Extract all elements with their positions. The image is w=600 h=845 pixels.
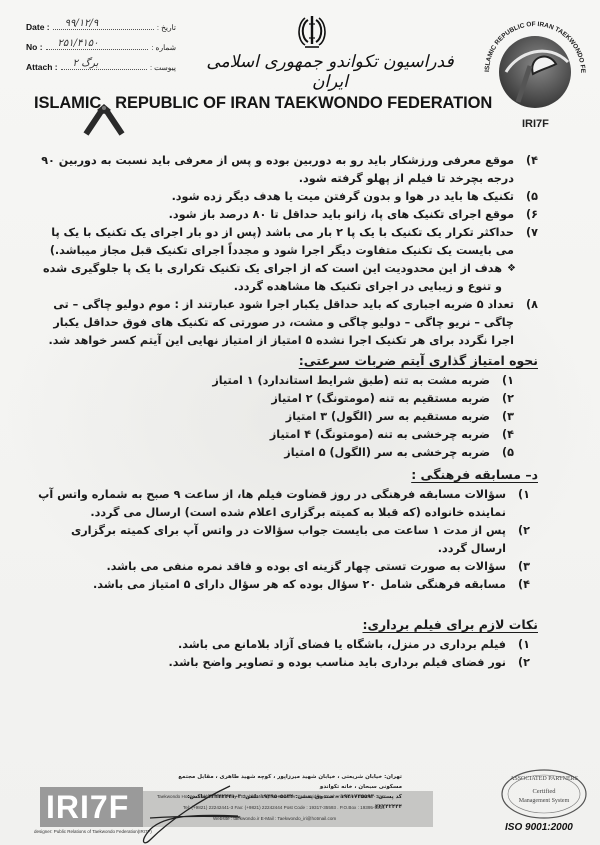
number-value: ۲۵۱/۴۱۵۰: [58, 38, 99, 49]
date-value: ۹۹/۱۲/۹: [65, 18, 99, 29]
cultural-item: ۳)سؤالات به صورت تستی چهار گزینه ای بوده…: [38, 558, 530, 576]
bullet-diamond-icon: ❖: [502, 260, 516, 296]
rule-item-7: ۷) حداکثر تکرار یک تکنیک با یک پا ۲ بار …: [38, 224, 538, 260]
date-label-fa: : تاریخ: [157, 23, 176, 32]
number-field: No : ۲۵۱/۴۱۵۰ : شماره: [26, 32, 176, 52]
attach-field: Attach : ۲ برگ : پیوست: [26, 52, 176, 72]
cultural-item: ۴)مسابقه فرهنگی شامل ۲۰ سؤال بوده که هر …: [38, 576, 530, 594]
certification-seal-icon: ASSOCIATED PARTNERS Certified Management…: [500, 768, 588, 820]
footer-brand-logo: IRI7F: [40, 787, 143, 827]
federation-logo-icon: ISLAMIC REPUBLIC OF IRAN TAEKWONDO FEDER…: [478, 12, 592, 132]
attach-value: ۲ برگ: [73, 58, 99, 69]
filming-heading: نکات لازم برای فیلم برداری:: [362, 616, 538, 634]
filming-item: ۱)فیلم برداری در منزل، باشگاه یا فضای آز…: [38, 636, 530, 654]
letter-page: Date : ۹۹/۱۲/۹ : تاریخ No : ۲۵۱/۴۱۵۰ : ش…: [0, 0, 600, 845]
svg-text:ASSOCIATED PARTNERS: ASSOCIATED PARTNERS: [510, 776, 578, 782]
date-label-en: Date :: [26, 22, 50, 32]
filming-list: ۱)فیلم برداری در منزل، باشگاه یا فضای آز…: [38, 636, 538, 672]
scoring-item: ۳)ضربه مستقیم به سر (الگول) ۳ امتیاز: [38, 408, 514, 426]
svg-text:IRI7F: IRI7F: [522, 118, 549, 130]
attach-label-en: Attach :: [26, 62, 58, 72]
cultural-item: ۲)پس از مدت ۱ ساعت می بایست جواب سؤالات …: [38, 522, 530, 558]
signature-icon: [130, 780, 240, 845]
cultural-heading: د– مسابقه فرهنگی :: [411, 466, 538, 484]
black-belt-icon: [82, 96, 126, 136]
filming-item: ۲)نور فضای فیلم برداری باید مناسب بوده و…: [38, 654, 530, 672]
rule-item-8: ۸) تعداد ۵ ضربه اجباری که باید حداقل یکب…: [38, 296, 538, 350]
svg-text:Certified: Certified: [532, 788, 556, 795]
cultural-list: ۱)سؤالات مسابقه فرهنگی در روز قضاوت فیلم…: [38, 486, 538, 594]
svg-text:Management System: Management System: [519, 798, 570, 804]
attach-label-fa: : پیوست: [150, 63, 176, 72]
letter-footer: Taekwondo House -Shahid Taheri Alley - S…: [0, 760, 600, 845]
bullet-note: ❖ هدف از این محدودیت این است که از اجرای…: [38, 260, 538, 296]
iso-label: ISO 9001:2000: [505, 822, 573, 833]
letter-body: ۴) موقع معرفی ورزشکار باید رو به دوربین …: [38, 152, 538, 672]
rule-item-4: ۴) موقع معرفی ورزشکار باید رو به دوربین …: [38, 152, 538, 188]
date-field: Date : ۹۹/۱۲/۹ : تاریخ: [26, 12, 176, 32]
scoring-item: ۱)ضربه مشت به تنه (طبق شرایط استاندارد) …: [38, 372, 514, 390]
letter-meta: Date : ۹۹/۱۲/۹ : تاریخ No : ۲۵۱/۴۱۵۰ : ش…: [26, 12, 176, 72]
scoring-list: ۱)ضربه مشت به تنه (طبق شرایط استاندارد) …: [38, 372, 538, 462]
number-label-en: No :: [26, 42, 43, 52]
cultural-item: ۱)سؤالات مسابقه فرهنگی در روز قضاوت فیلم…: [38, 486, 530, 522]
scoring-item: ۲)ضربه مستقیم به تنه (مومتونگ) ۲ امتیاز: [38, 390, 514, 408]
number-label-fa: : شماره: [151, 43, 176, 52]
iran-emblem-icon: [297, 14, 327, 50]
scoring-heading: نحوه امتیاز گذاری آیتم ضربات سرعتی:: [299, 352, 538, 370]
scoring-item: ۴)ضربه چرخشی به تنه (مومتونگ) ۴ امتیاز: [38, 426, 514, 444]
federation-title-fa: فدراسیون تکواندو جمهوری اسلامی ایران: [205, 52, 455, 92]
scoring-item: ۵)ضربه چرخشی به سر (الگول) ۵ امتیاز: [38, 444, 514, 462]
rule-item-6: ۶) موقع اجرای تکنیک های پا، زانو باید حد…: [38, 206, 538, 224]
rule-item-5: ۵) تکنیک ها باید در هوا و بدون گرفتن میت…: [38, 188, 538, 206]
